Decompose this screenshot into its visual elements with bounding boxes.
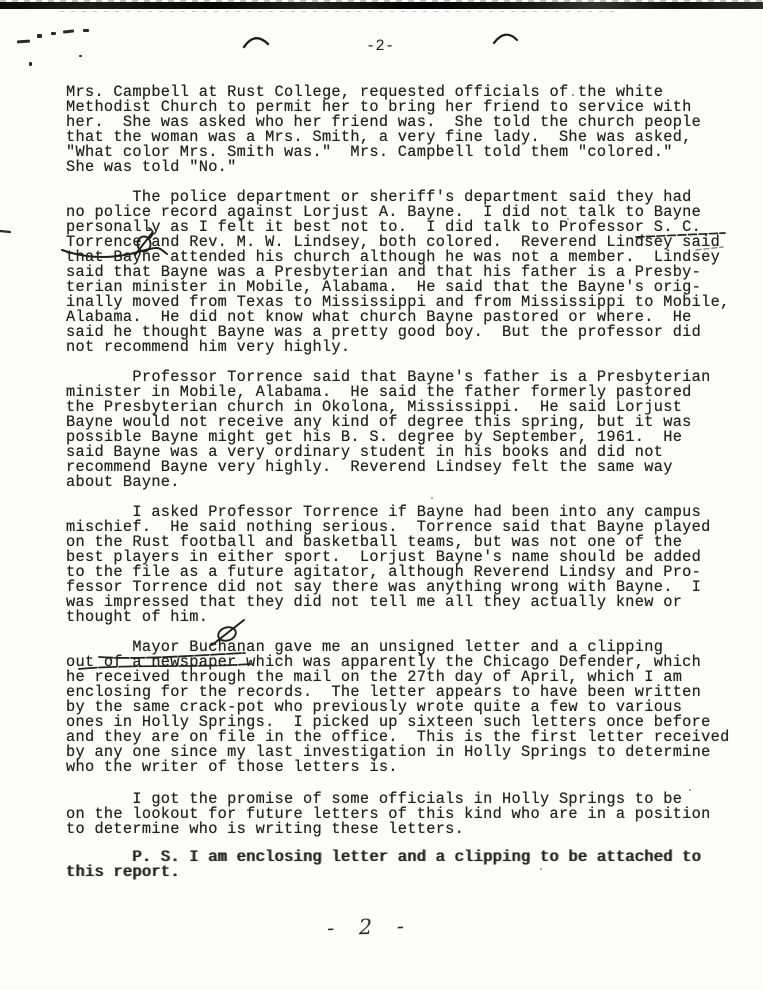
paragraph-mayor-buchanan: Mayor Buchanan gave me an unsigned lette… bbox=[66, 640, 756, 775]
paragraph-campus-mischief: I asked Professor Torrence if Bayne had … bbox=[66, 505, 756, 625]
page-number-header: -2- bbox=[366, 37, 394, 55]
scan-edge-faint-line bbox=[60, 11, 620, 12]
scanned-document-page: -2- Mrs. Campbell at Rust College, reque… bbox=[0, 0, 763, 990]
paragraph-promise: I got the promise of some officials in H… bbox=[66, 792, 756, 837]
paragraph-torrence: Professor Torrence said that Bayne's fat… bbox=[66, 370, 756, 490]
scan-edge-artifact bbox=[0, 2, 763, 9]
document-body: Mrs. Campbell at Rust College, requested… bbox=[66, 85, 756, 880]
pen-margin-tick bbox=[0, 231, 10, 232]
page-number-footer-handwritten: - 2 - bbox=[327, 914, 414, 940]
paragraph-campbell: Mrs. Campbell at Rust College, requested… bbox=[66, 85, 756, 175]
paragraph-police-record: The police department or sheriff's depar… bbox=[66, 190, 756, 355]
punch-arc-right bbox=[494, 35, 517, 43]
postscript-paragraph: P. S. I am enclosing letter and a clippi… bbox=[66, 850, 756, 880]
punch-arc-left bbox=[244, 38, 268, 47]
